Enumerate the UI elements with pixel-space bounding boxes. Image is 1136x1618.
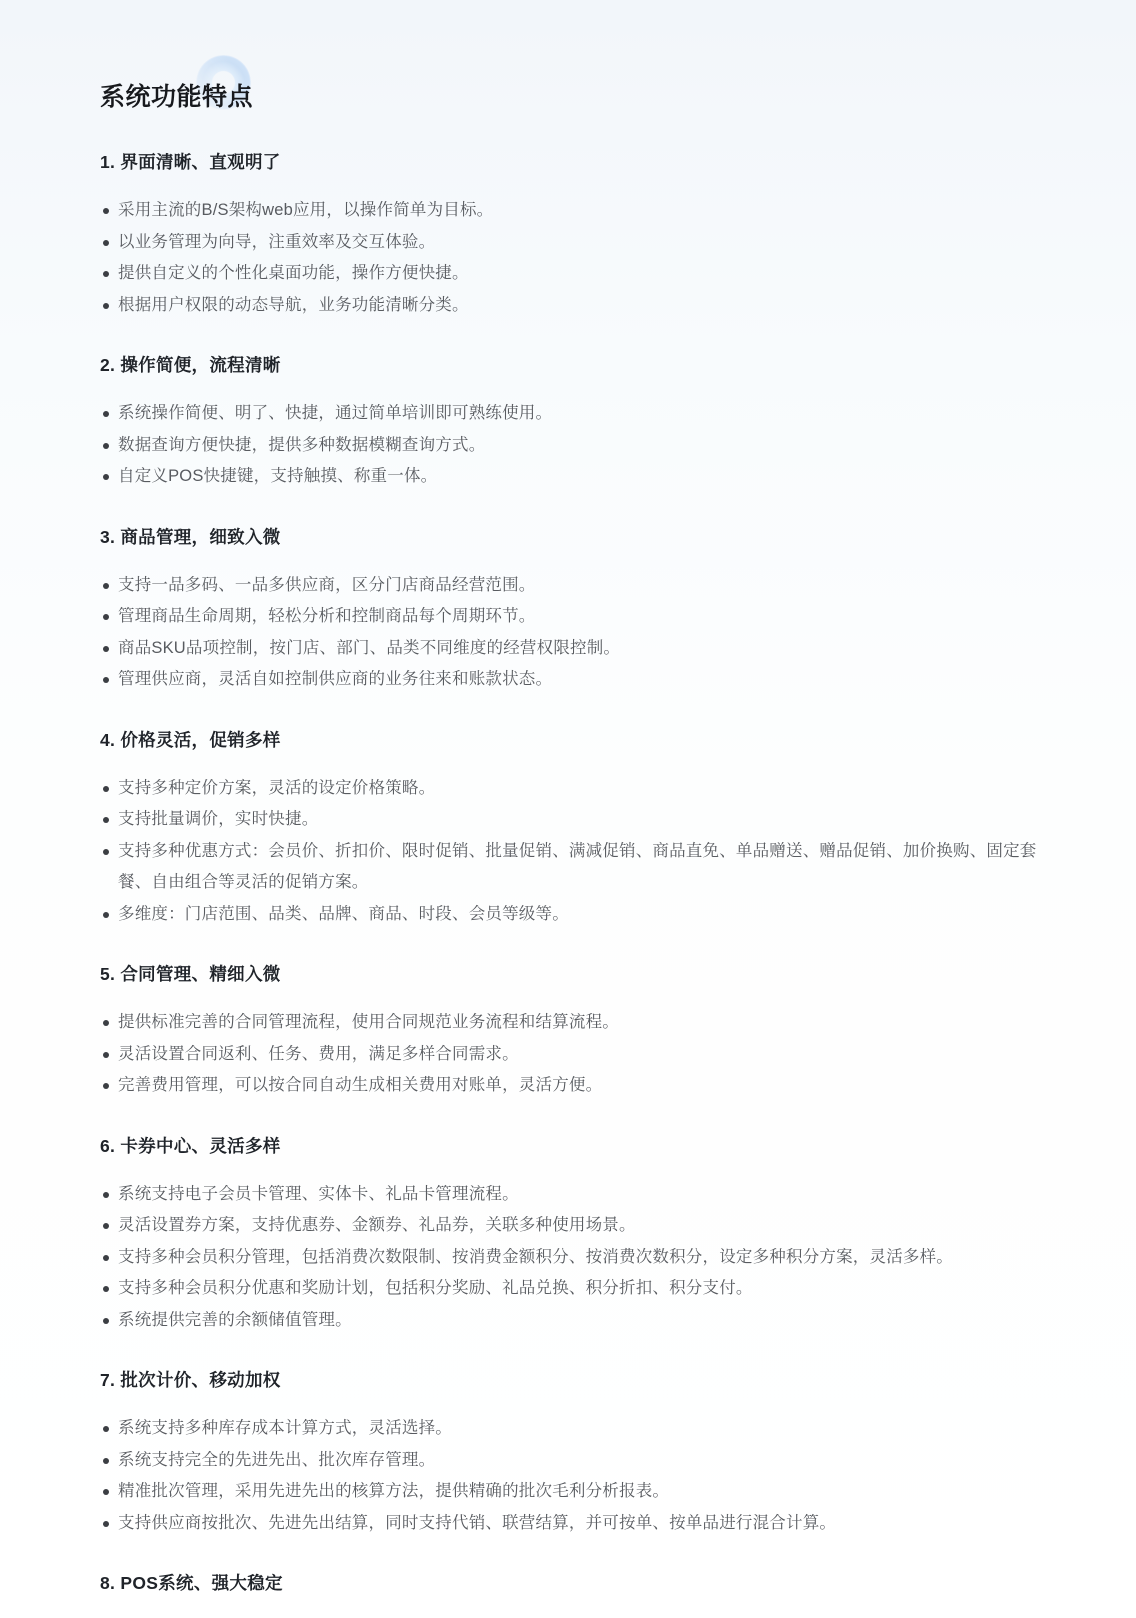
section-heading: 4. 价格灵活，促销多样 [100,726,1064,754]
bullet-item: 支持多种定价方案，灵活的设定价格策略。 [100,773,1064,805]
bullet-item: 多维度：门店范围、品类、品牌、商品、时段、会员等级等。 [100,899,1064,931]
bullet-item: 根据用户权限的动态导航，业务功能清晰分类。 [100,290,1064,322]
feature-section: 5. 合同管理、精细入微 提供标准完善的合同管理流程，使用合同规范业务流程和结算… [100,960,1064,1102]
bullet-item: 管理商品生命周期，轻松分析和控制商品每个周期环节。 [100,601,1064,633]
feature-section: 8. POS系统、强大稳定 [100,1569,1064,1597]
bullet-item: 商品SKU品项控制，按门店、部门、品类不同维度的经营权限控制。 [100,633,1064,665]
bullet-item: 支持一品多码、一品多供应商，区分门店商品经营范围。 [100,570,1064,602]
bullet-list: 支持一品多码、一品多供应商，区分门店商品经营范围。 管理商品生命周期，轻松分析和… [100,570,1064,696]
bullet-item: 系统支持多种库存成本计算方式，灵活选择。 [100,1413,1064,1445]
feature-sections: 1. 界面清晰、直观明了 采用主流的B/S架构web应用，以操作简单为目标。 以… [100,148,1064,1597]
feature-section: 4. 价格灵活，促销多样 支持多种定价方案，灵活的设定价格策略。 支持批量调价，… [100,726,1064,931]
bullet-item: 系统提供完善的余额储值管理。 [100,1305,1064,1337]
bullet-item: 支持多种会员积分优惠和奖励计划，包括积分奖励、礼品兑换、积分折扣、积分支付。 [100,1273,1064,1305]
section-heading: 6. 卡券中心、灵活多样 [100,1132,1064,1160]
bullet-item: 系统支持电子会员卡管理、实体卡、礼品卡管理流程。 [100,1179,1064,1211]
feature-section: 1. 界面清晰、直观明了 采用主流的B/S架构web应用，以操作简单为目标。 以… [100,148,1064,321]
document-page: 系统功能特点 1. 界面清晰、直观明了 采用主流的B/S架构web应用，以操作简… [0,0,1136,1618]
section-heading: 3. 商品管理，细致入微 [100,523,1064,551]
bullet-item: 提供自定义的个性化桌面功能，操作方便快捷。 [100,258,1064,290]
section-heading: 2. 操作简便，流程清晰 [100,351,1064,379]
bullet-list: 系统支持多种库存成本计算方式，灵活选择。 系统支持完全的先进先出、批次库存管理。… [100,1413,1064,1539]
bullet-item: 自定义POS快捷键，支持触摸、称重一体。 [100,461,1064,493]
section-heading: 8. POS系统、强大稳定 [100,1569,1064,1597]
bullet-item: 支持多种会员积分管理，包括消费次数限制、按消费金额积分、按消费次数积分，设定多种… [100,1242,1064,1274]
bullet-item: 支持供应商按批次、先进先出结算，同时支持代销、联营结算，并可按单、按单品进行混合… [100,1508,1064,1540]
bullet-list: 提供标准完善的合同管理流程，使用合同规范业务流程和结算流程。 灵活设置合同返利、… [100,1007,1064,1102]
bullet-item: 采用主流的B/S架构web应用，以操作简单为目标。 [100,195,1064,227]
feature-section: 7. 批次计价、移动加权 系统支持多种库存成本计算方式，灵活选择。 系统支持完全… [100,1366,1064,1539]
section-heading: 5. 合同管理、精细入微 [100,960,1064,988]
bullet-item: 灵活设置合同返利、任务、费用，满足多样合同需求。 [100,1039,1064,1071]
feature-section: 3. 商品管理，细致入微 支持一品多码、一品多供应商，区分门店商品经营范围。 管… [100,523,1064,696]
page-title: 系统功能特点 [100,79,1064,115]
bullet-list: 系统操作简便、明了、快捷，通过简单培训即可熟练使用。 数据查询方便快捷，提供多种… [100,398,1064,493]
bullet-item: 管理供应商，灵活自如控制供应商的业务往来和账款状态。 [100,664,1064,696]
bullet-item: 提供标准完善的合同管理流程，使用合同规范业务流程和结算流程。 [100,1007,1064,1039]
bullet-item: 数据查询方便快捷，提供多种数据模糊查询方式。 [100,430,1064,462]
feature-section: 2. 操作简便，流程清晰 系统操作简便、明了、快捷，通过简单培训即可熟练使用。 … [100,351,1064,493]
section-heading: 7. 批次计价、移动加权 [100,1366,1064,1394]
page-header: 系统功能特点 [100,79,1064,115]
bullet-list: 支持多种定价方案，灵活的设定价格策略。 支持批量调价，实时快捷。 支持多种优惠方… [100,773,1064,931]
bullet-list: 采用主流的B/S架构web应用，以操作简单为目标。 以业务管理为向导，注重效率及… [100,195,1064,321]
bullet-item: 完善费用管理，可以按合同自动生成相关费用对账单，灵活方便。 [100,1070,1064,1102]
feature-section: 6. 卡券中心、灵活多样 系统支持电子会员卡管理、实体卡、礼品卡管理流程。 灵活… [100,1132,1064,1337]
bullet-list: 系统支持电子会员卡管理、实体卡、礼品卡管理流程。 灵活设置券方案，支持优惠券、金… [100,1179,1064,1337]
bullet-item: 系统操作简便、明了、快捷，通过简单培训即可熟练使用。 [100,398,1064,430]
bullet-item: 支持多种优惠方式：会员价、折扣价、限时促销、批量促销、满减促销、商品直免、单品赠… [100,836,1064,899]
bullet-item: 灵活设置券方案，支持优惠券、金额券、礼品券，关联多种使用场景。 [100,1210,1064,1242]
bullet-item: 精准批次管理，采用先进先出的核算方法，提供精确的批次毛利分析报表。 [100,1476,1064,1508]
bullet-item: 以业务管理为向导，注重效率及交互体验。 [100,227,1064,259]
bullet-item: 支持批量调价，实时快捷。 [100,804,1064,836]
bullet-item: 系统支持完全的先进先出、批次库存管理。 [100,1445,1064,1477]
section-heading: 1. 界面清晰、直观明了 [100,148,1064,176]
